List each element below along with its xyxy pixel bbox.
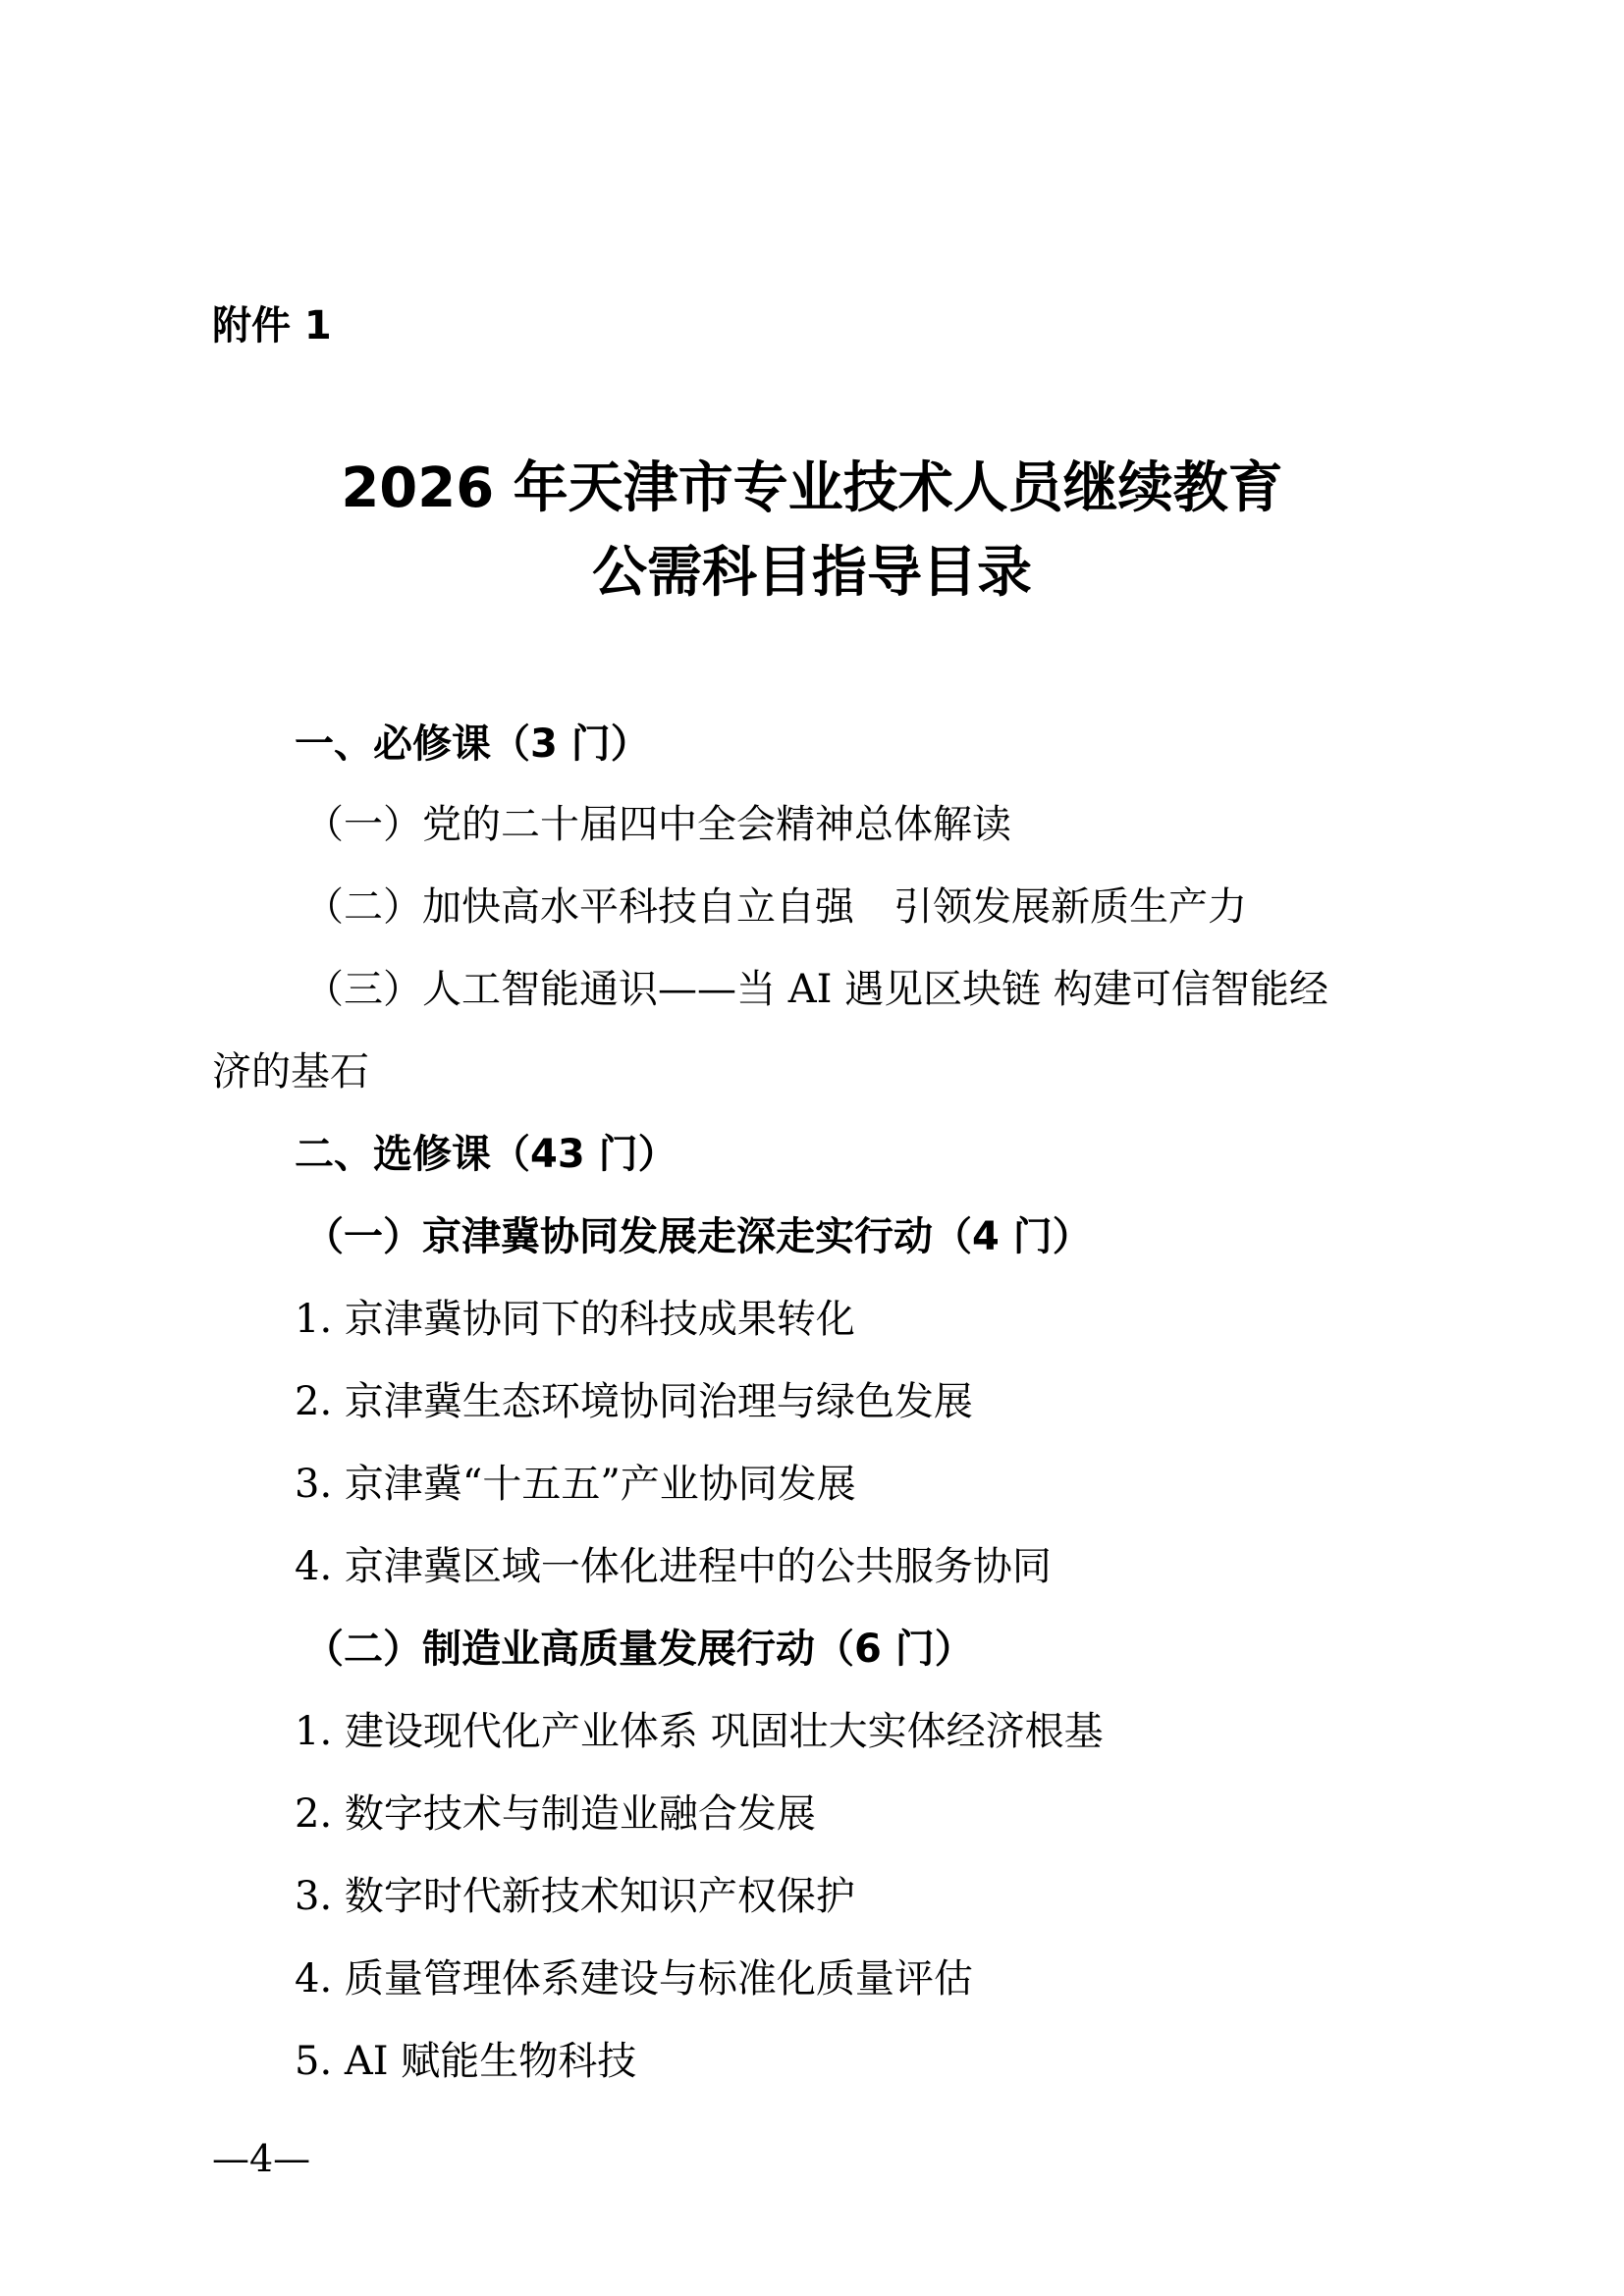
document-page: 附件 1 2026 年天津市专业技术人员继续教育 公需科目指导目录 一、必修课（… [0,0,1624,2296]
elective-course-item: 4. 京津冀区域一体化进程中的公共服务协同 [295,1547,1052,1586]
elective-group-heading: （一）京津冀协同发展走深走实行动（4 门） [304,1217,1092,1256]
elective-course-item: 1. 京津冀协同下的科技成果转化 [295,1300,855,1339]
elective-course-item: 5. AI 赋能生物科技 [295,2042,636,2081]
required-course-item: （二）加快高水平科技自立自强 引领发展新质生产力 [304,887,1247,927]
attachment-label: 附件 1 [212,306,332,346]
elective-course-item: 3. 数字时代新技术知识产权保护 [295,1877,855,1916]
section-heading-elective: 二、选修课（43 门） [295,1135,677,1174]
elective-group-heading: （二）制造业高质量发展行动（6 门） [304,1629,974,1669]
required-course-item: （一）党的二十届四中全会精神总体解读 [304,805,1011,844]
elective-course-item: 4. 质量管理体系建设与标准化质量评估 [295,1959,973,1999]
page-number: —4— [212,2140,310,2177]
document-title-line-1: 2026 年天津市专业技术人员继续教育 [0,461,1624,516]
elective-course-item: 2. 数字技术与制造业融合发展 [295,1794,816,1834]
elective-course-item: 3. 京津冀“十五五”产业协同发展 [295,1465,856,1504]
elective-course-item: 2. 京津冀生态环境协同治理与绿色发展 [295,1382,973,1421]
required-course-item-continuation: 济的基石 [212,1052,369,1092]
elective-course-item: 1. 建设现代化产业体系 巩固壮大实体经济根基 [295,1712,1104,1751]
section-heading-required: 一、必修课（3 门） [295,724,650,764]
document-title-line-2: 公需科目指导目录 [0,546,1624,601]
required-course-item: （三）人工智能通识——当 AI 遇见区块链 构建可信智能经 [304,970,1328,1009]
